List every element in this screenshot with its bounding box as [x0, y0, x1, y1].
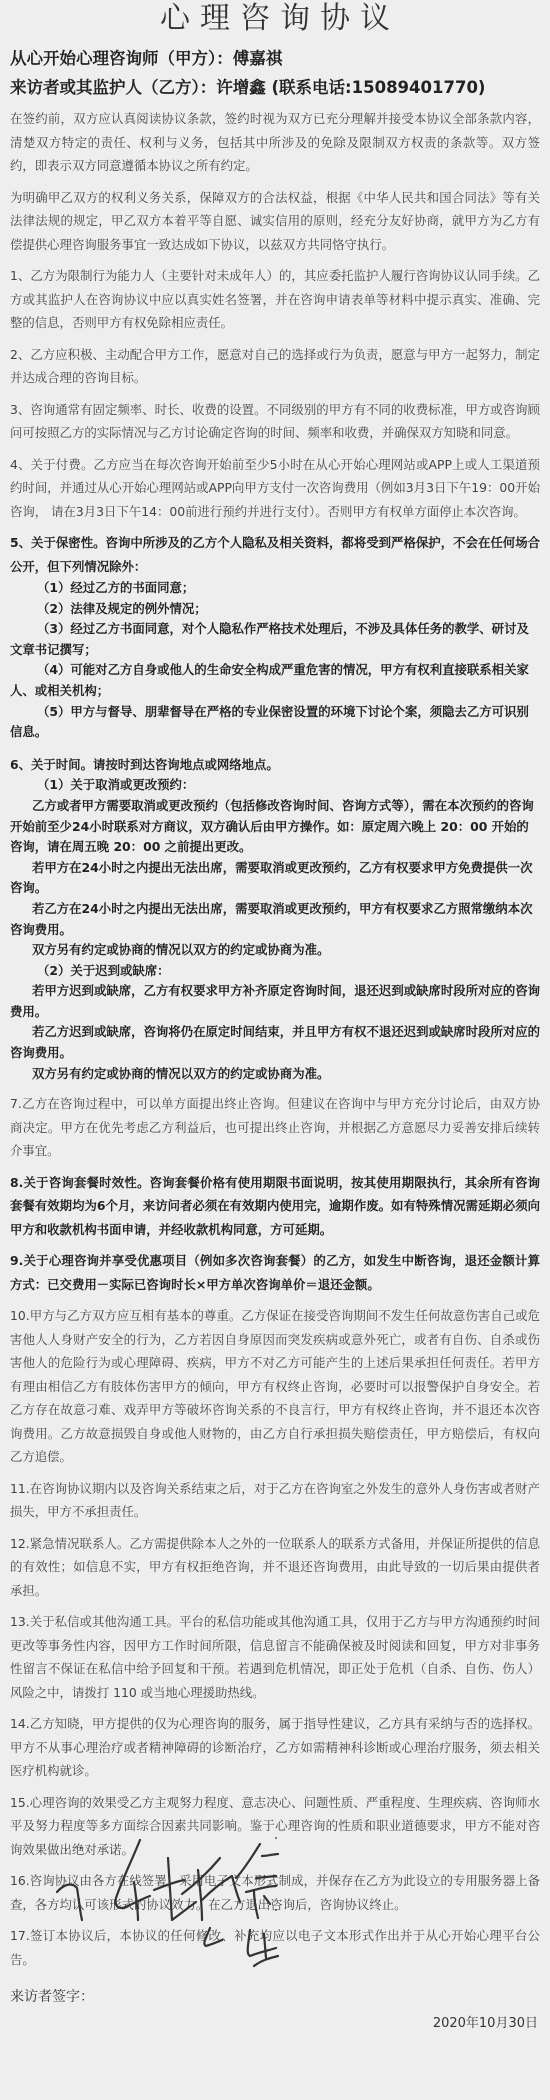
agreement-document: 心理咨询协议 从心开始心理咨询师（甲方）：傅嘉祺 来访者或其监护人（乙方）：许增… — [0, 0, 550, 2007]
clause-4: 4、关于付费。乙方应当在每次咨询开始前至少5小时在从心开始心理网站或APP上或人… — [10, 453, 540, 524]
clause-6-sub1-line: 双方另有约定或协商的情况以双方的约定或协商为准。 — [10, 940, 540, 961]
clause-10: 10.甲方与乙方双方应互相有基本的尊重。乙方保证在接受咨询期间不发生任何故意伤害… — [10, 1304, 540, 1469]
clause-1: 1、乙方为限制行为能力人（主要针对未成年人）的，其应委托监护人履行咨询协议认同手… — [10, 264, 540, 335]
clause-5-item: （1）经过乙方的书面同意； — [10, 578, 540, 599]
clause-6-head: 6、关于时间。请按时到达咨询地点或网络地点。 — [10, 755, 540, 776]
clause-6-sub2-line: 若甲方迟到或缺席，乙方有权要求甲方补齐原定咨询时间，退还迟到或缺席时段所对应的咨… — [10, 981, 540, 1022]
clause-6-sub1-line: 若甲方在24小时之内提出无法出席，需要取消或更改预约，乙方有权要求甲方免费提供一… — [10, 858, 540, 899]
clause-5: 5、关于保密性。咨询中所涉及的乙方个人隐私及相关资料，都将受到严格保护，不会在任… — [10, 531, 540, 743]
clause-7: 7.乙方在咨询过程中，可以单方面提出终止咨询。但建议在咨询中与甲方充分讨论后，由… — [10, 1092, 540, 1163]
clause-5-item: （4）可能对乙方自身或他人的生命安全构成严重危害的情况，甲方有权利直接联系相关家… — [10, 660, 540, 701]
intro-paragraph: 在签约前，双方应认真阅读协议条款，签约时视为双方已充分理解并接受本协议全部条款内… — [10, 107, 540, 178]
clause-6-sub2-line: 若乙方迟到或缺席，咨询将仍在原定时间结束，并且甲方有权不退还迟到或缺席时段所对应… — [10, 1022, 540, 1063]
clause-9: 9.关于心理咨询并享受优惠项目（例如多次咨询套餐）的乙方，如发生中断咨询，退还金… — [10, 1249, 540, 1296]
clause-11: 11.在咨询协议期内以及咨询关系结束之后，对于乙方在咨询室之外发生的意外人身伤害… — [10, 1477, 540, 1524]
clause-5-item: （3）经过乙方书面同意，对个人隐私作严格技术处理后，不涉及具体任务的教学、研讨及… — [10, 619, 540, 660]
page-title: 心理咨询协议 — [20, 0, 540, 44]
clause-5-item: （5）甲方与督导、朋辈督导在严格的专业保密设置的环境下讨论个案，须隐去乙方可识别… — [10, 702, 540, 743]
clause-6-sub1-title: （1）关于取消或更改预约： — [10, 775, 540, 796]
clause-8: 8.关于咨询套餐时效性。咨询套餐价格有使用期限书面说明，按其使用期限执行，其余所… — [10, 1171, 540, 1242]
clause-6-sub1-line: 乙方或者甲方需要取消或更改预约（包括修改咨询时间、咨询方式等），需在本次预约的咨… — [10, 796, 540, 858]
clause-13: 13.关于私信或其他沟通工具。平台的私信功能或其他沟通工具，仅用于乙方与甲方沟通… — [10, 1610, 540, 1704]
clause-5-item: （2）法律及规定的例外情况； — [10, 599, 540, 620]
clause-6-sub2-line: 双方另有约定或协商的情况以双方的约定或协商为准。 — [10, 1064, 540, 1085]
intro-paragraph: 为明确甲乙双方的权利义务关系，保障双方的合法权益，根据《中华人民共和国合同法》等… — [10, 186, 540, 257]
signature-label: 来访者签字： — [10, 1987, 540, 2007]
signature-date: 2020年10月30日 — [433, 2012, 538, 2031]
clause-6-sub1-line: 若乙方在24小时之内提出无法出席，需要取消或更改预约，甲方有权要求乙方照常缴纳本… — [10, 899, 540, 940]
party-a-line: 从心开始心理咨询师（甲方）：傅嘉祺 — [10, 44, 540, 73]
clause-14: 14.乙方知晓，甲方提供的仅为心理咨询的服务，属于指导性建议，乙方具有采纳与否的… — [10, 1712, 540, 1783]
clause-3: 3、咨询通常有固定频率、时长、收费的设置。不同级别的甲方有不同的收费标准，甲方或… — [10, 398, 540, 445]
party-b-line: 来访者或其监护人（乙方）：许增鑫 (联系电话:15089401770) — [10, 73, 540, 102]
clause-5-head: 5、关于保密性。咨询中所涉及的乙方个人隐私及相关资料，都将受到严格保护，不会在任… — [10, 531, 540, 578]
clause-2: 2、乙方应积极、主动配合甲方工作，愿意对自己的选择或行为负责，愿意与甲方一起努力… — [10, 343, 540, 390]
clause-6-sub2-title: （2）关于迟到或缺席： — [10, 961, 540, 982]
handwritten-signature: 许增鑫 — [50, 1820, 310, 1990]
clause-6: 6、关于时间。请按时到达咨询地点或网络地点。 （1）关于取消或更改预约： 乙方或… — [10, 755, 540, 1085]
clause-12: 12.紧急情况联系人。乙方需提供除本人之外的一位联系人的联系方式备用，并保证所提… — [10, 1532, 540, 1603]
